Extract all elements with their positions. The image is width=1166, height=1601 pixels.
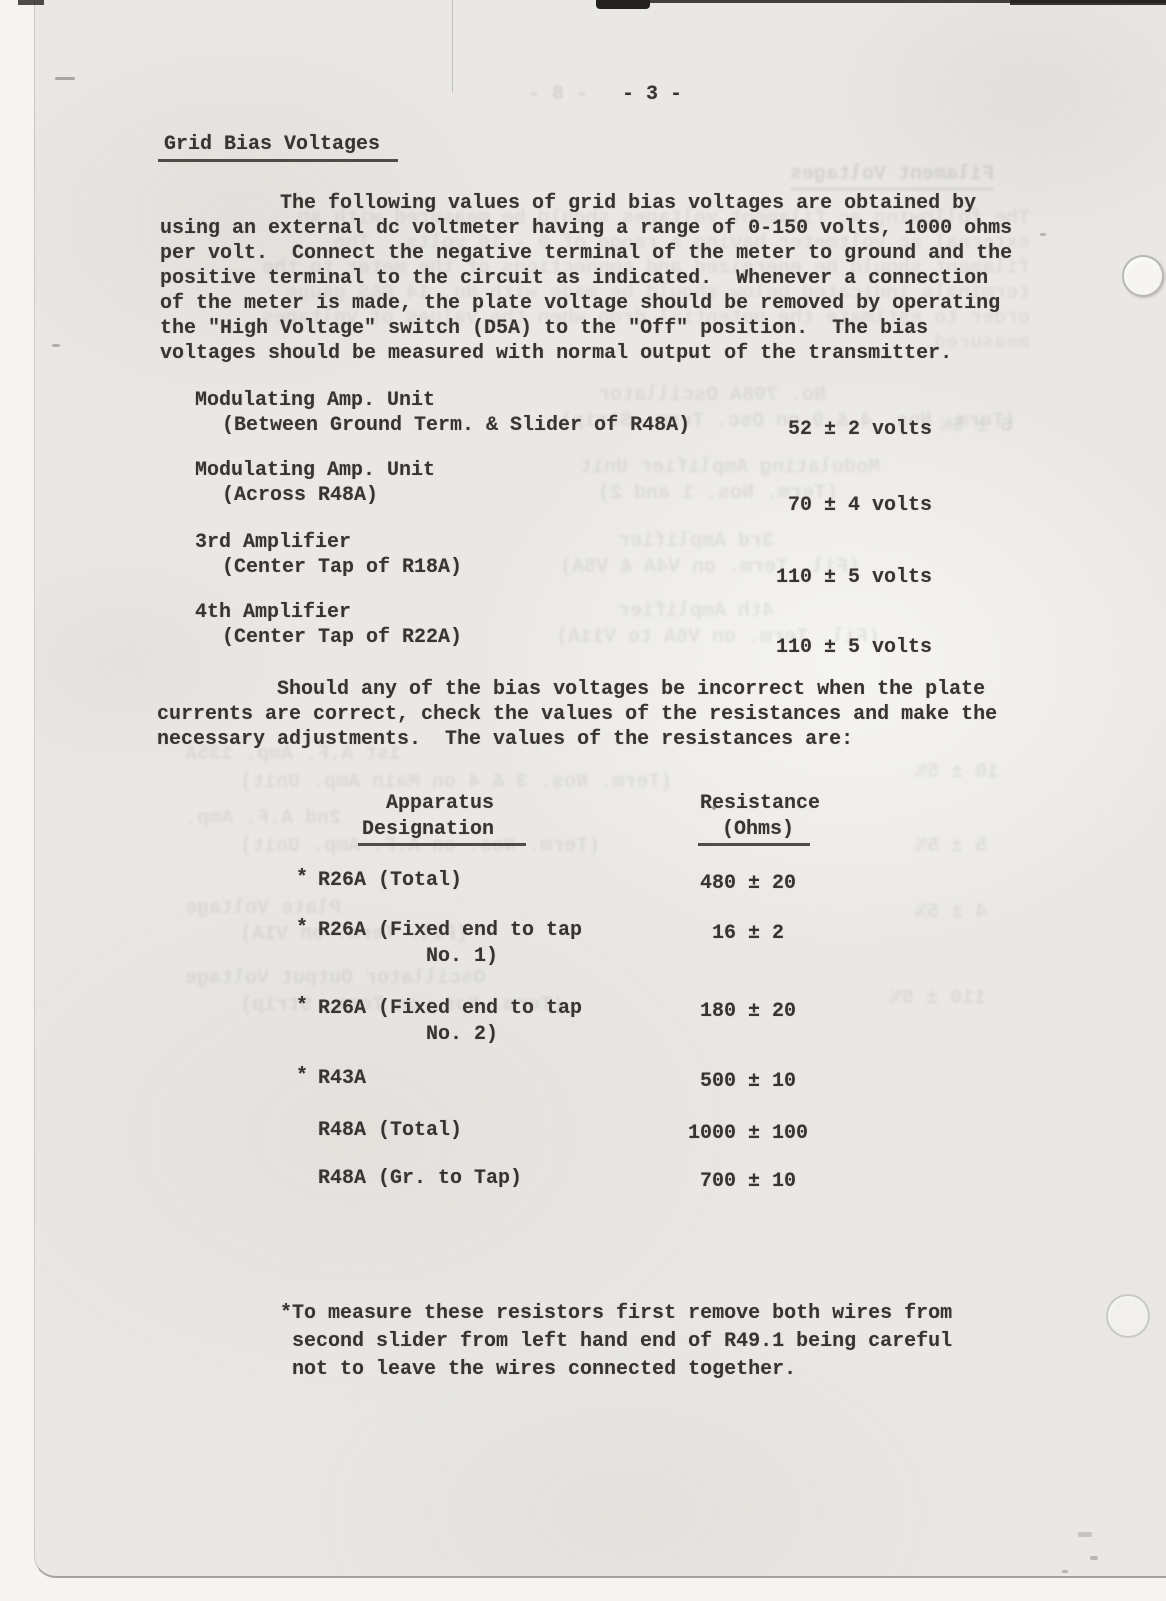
bias-item-detail: (Center Tap of R18A) <box>222 555 462 580</box>
heading-underline <box>158 159 398 162</box>
speck <box>55 77 75 80</box>
row-designation: R48A (Total) <box>318 1118 462 1144</box>
bias-item-detail: (Between Ground Term. & Slider of R48A) <box>222 413 690 438</box>
bias-item-value: 70 ± 4 volts <box>788 493 932 518</box>
bias-item-label: Modulating Amp. Unit <box>195 388 435 413</box>
bias-item-value: 110 ± 5 volts <box>776 565 932 590</box>
speck <box>1040 233 1046 236</box>
bleedthrough-fragment: 2nd A.F. Amp. <box>185 806 341 831</box>
row-resistance: 700 ± 10 <box>700 1169 796 1194</box>
bleedthrough-fragment: Modulating Amplifier Unit <box>580 455 880 480</box>
row-designation: R26A (Total) <box>318 868 462 894</box>
bleedthrough-heading-text: Filament Voltages <box>790 163 994 190</box>
section-heading: Grid Bias Voltages <box>164 132 380 157</box>
row-marker: * <box>296 866 308 891</box>
bleedthrough-fragment: No. 708A Oscillator <box>598 383 826 408</box>
row-resistance: 500 ± 10 <box>700 1069 796 1094</box>
footnote: *To measure these resistors first remove… <box>280 1300 952 1384</box>
smudge <box>1078 1532 1092 1537</box>
bleedthrough-page-number: - 8 - <box>528 82 588 107</box>
bias-item-detail: (Across R48A) <box>222 483 378 508</box>
row-marker: * <box>296 994 308 1019</box>
speck <box>712 806 716 810</box>
row-designation: R48A (Gr. to Tap) <box>318 1166 522 1192</box>
bias-item-label: Modulating Amp. Unit <box>195 458 435 483</box>
row-resistance: 480 ± 20 <box>700 871 796 896</box>
bleedthrough-fragment: 3rd Amplifier <box>618 529 774 554</box>
bleedthrough-fragment: 5 ± 5% <box>915 834 987 859</box>
bleedthrough-fragment: 110 ± 5% <box>890 986 986 1011</box>
scan-edge-line-right <box>1010 0 1166 5</box>
table-col1-header-line2: Designation <box>362 817 494 842</box>
bias-item-detail: (Center Tap of R22A) <box>222 625 462 650</box>
speck <box>1090 1556 1098 1560</box>
bias-item-value: 52 ± 2 volts <box>788 417 932 442</box>
table-col2-header-line1: Resistance <box>700 791 820 816</box>
paper-crease <box>452 0 453 92</box>
table-col2-header-line2: (Ohms) <box>722 817 794 842</box>
bleedthrough-fragment: 10 ± 5% <box>915 760 999 785</box>
row-marker: * <box>296 916 308 941</box>
table-col1-underline <box>358 843 526 846</box>
table-col2-underline <box>698 843 810 846</box>
row-designation: R43A <box>318 1066 366 1092</box>
scan-edge-mark <box>18 0 44 5</box>
bleedthrough-fragment: 4th Amplifier <box>618 599 774 624</box>
bleedthrough-heading: Filament Voltages <box>790 162 994 187</box>
table-col1-header-line1: Apparatus <box>386 791 494 816</box>
punch-hole-top <box>1122 255 1164 297</box>
page-number: - 3 - <box>622 82 682 107</box>
bleedthrough-fragment: 4 ± 5% <box>915 900 987 925</box>
row-designation: R26A (Fixed end to tap No. 2) <box>318 996 582 1048</box>
bleedthrough-fragment: 5 ± 5% <box>940 414 1012 439</box>
punch-hole-bottom <box>1106 1294 1150 1338</box>
row-resistance: 180 ± 20 <box>700 999 796 1024</box>
scan-edge-blob <box>596 0 650 9</box>
bias-item-label: 4th Amplifier <box>195 600 351 625</box>
row-resistance: 16 ± 2 <box>712 921 784 946</box>
row-designation: R26A (Fixed end to tap No. 1) <box>318 918 582 970</box>
middle-paragraph: Should any of the bias voltages be incor… <box>157 677 997 752</box>
bias-item-label: 3rd Amplifier <box>195 530 351 555</box>
speck <box>52 344 60 347</box>
intro-paragraph: The following values of grid bias voltag… <box>160 191 1012 366</box>
row-marker: * <box>296 1064 308 1089</box>
bias-item-value: 110 ± 5 volts <box>776 635 932 660</box>
scanned-document-page: - 8 - Filament Voltages The following ac… <box>0 0 1166 1601</box>
row-resistance: 1000 ± 100 <box>688 1121 808 1146</box>
speck <box>1062 1570 1068 1573</box>
